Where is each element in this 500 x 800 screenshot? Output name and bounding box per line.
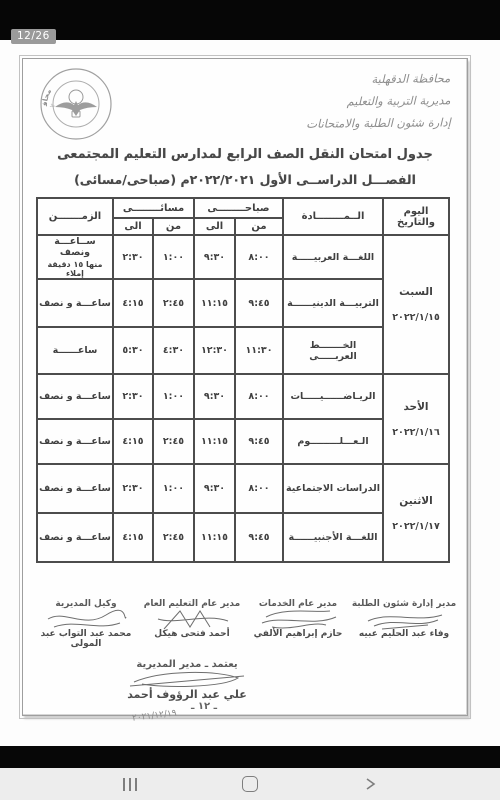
approval-name: علي عبد الرؤوف أحمد xyxy=(97,688,277,701)
page-number: ـ ١٢ ـ xyxy=(191,701,217,712)
back-button[interactable] xyxy=(358,772,382,796)
duration-cell: ساعـــة و نصف xyxy=(37,464,113,513)
time-cell: ٩:٤٥ xyxy=(235,279,283,327)
day-cell-monday: الاثنين ٢٠٢٢/١/١٧ xyxy=(383,464,449,562)
day-date: ٢٠٢٢/١/١٧ xyxy=(385,521,447,532)
page-indicator-badge: 12/26 xyxy=(11,29,56,44)
time-cell: ١:٠٠ xyxy=(153,464,194,513)
duration-cell: ساعـــة و نصف xyxy=(37,279,113,327)
table-row: الأحد ٢٠٢٢/١/١٦ الريـاضــــــيـــــات ٨:… xyxy=(37,374,449,419)
time-cell: ٢:٤٥ xyxy=(153,279,194,327)
time-cell: ١١:١٥ xyxy=(194,279,235,327)
exam-schedule-table: اليوم والتاريخ الــمــــــــادة صباحــــ… xyxy=(36,197,450,563)
time-cell: ٢:٤٥ xyxy=(153,513,194,562)
duration-cell: ساعـــة و نصف xyxy=(37,513,113,562)
signature-deputy: وكيل المديرية محمد عبد التواب عبد المولى xyxy=(33,599,139,649)
document-title: جدول امتحان النقل الصف الرابع لمدارس الت… xyxy=(23,147,467,162)
col-header-morning-from: من xyxy=(235,218,283,235)
duration-cell: ساعـــة و نصف xyxy=(37,374,113,419)
duration-cell: ساعـــة و نصف xyxy=(37,419,113,464)
table-row: الاثنين ٢٠٢٢/١/١٧ الدراسات الاجتماعية ٨:… xyxy=(37,464,449,513)
time-cell: ١١:٣٠ xyxy=(235,327,283,374)
time-cell: ٩:٣٠ xyxy=(194,464,235,513)
col-header-subject: الــمــــــــادة xyxy=(283,198,383,235)
day-name: السبت xyxy=(385,286,447,298)
approval-block: يعتمد ـ مدير المديرية علي عبد الرؤوف أحم… xyxy=(97,659,277,701)
signature-name: محمد عبد التواب عبد المولى xyxy=(33,629,139,649)
time-cell: ٢:٣٠ xyxy=(113,464,153,513)
time-cell: ١:٠٠ xyxy=(153,235,194,279)
day-date: ٢٠٢٢/١/١٦ xyxy=(385,427,447,438)
time-cell: ٨:٠٠ xyxy=(235,235,283,279)
android-nav-bar xyxy=(0,768,500,800)
duration-cell: ساعــــــة xyxy=(37,327,113,374)
col-header-evening: مسائــــــــى xyxy=(113,198,194,218)
signature-title: مدير عام الخدمات xyxy=(245,599,351,609)
org-line-directorate: مديرية التربية والتعليم xyxy=(306,90,451,113)
org-header: محافظة الدقهلية مديرية التربية والتعليم … xyxy=(306,68,451,135)
subject-cell: الدراسات الاجتماعية xyxy=(283,464,383,513)
time-cell: ٩:٣٠ xyxy=(194,374,235,419)
viewer-bottom-bar xyxy=(0,746,500,768)
document-subtitle: الفصـــل الدراســى الأول ٢٠٢٢/٢٠٢١م (صبا… xyxy=(23,172,467,187)
time-cell: ١:٠٠ xyxy=(153,374,194,419)
signature-name: أحمد فتحى هيكل xyxy=(139,629,245,639)
duration-note: منها ١٥ دقيقة إملاء xyxy=(39,260,111,278)
table-row: السبت ٢٠٢٢/١/١٥ اللغـــة العربيـــــة ٨:… xyxy=(37,235,449,279)
time-cell: ٤:١٥ xyxy=(113,419,153,464)
time-cell: ٢:٣٠ xyxy=(113,235,153,279)
signature-education-director: مدير عام التعليم العام أحمد فتحى هيكل xyxy=(139,599,245,649)
subject-cell: اللغـــة الأجنبيــــــة xyxy=(283,513,383,562)
official-stamp-icon: محافظة الدقهلية إدارة شئون الطلبة والامت… xyxy=(39,67,113,141)
time-cell: ٩:٤٥ xyxy=(235,419,283,464)
time-cell: ٢:٣٠ xyxy=(113,374,153,419)
signature-student-affairs: مدير إدارة شئون الطلبة وفاء عبد الحليم ع… xyxy=(351,599,457,649)
viewer-top-bar xyxy=(0,0,500,40)
subject-cell: الريـاضــــــيـــــات xyxy=(283,374,383,419)
subject-cell: الـعـــلـــــــــوم xyxy=(283,419,383,464)
time-cell: ٤:١٥ xyxy=(113,279,153,327)
time-cell: ٨:٠٠ xyxy=(235,464,283,513)
signature-services-director: مدير عام الخدمات حازم إبراهيم الألفي xyxy=(245,599,351,649)
day-date: ٢٠٢٢/١/١٥ xyxy=(385,312,447,323)
home-icon xyxy=(242,776,258,792)
day-name: الأحد xyxy=(385,401,447,413)
signatures-row: مدير إدارة شئون الطلبة وفاء عبد الحليم ع… xyxy=(23,599,467,649)
scanned-document: محافظة الدقهلية مديرية التربية والتعليم … xyxy=(22,58,468,716)
home-button[interactable] xyxy=(238,772,262,796)
time-cell: ١١:١٥ xyxy=(194,513,235,562)
org-line-governorate: محافظة الدقهلية xyxy=(306,68,451,91)
signature-title: مدير عام التعليم العام xyxy=(139,599,245,609)
col-header-morning-to: الى xyxy=(194,218,235,235)
col-header-morning: صباحــــــــى xyxy=(194,198,283,218)
eagle-emblem-icon xyxy=(55,90,97,117)
time-cell: ١٢:٣٠ xyxy=(194,327,235,374)
subject-cell: التربيـــة الدينيــــــة xyxy=(283,279,383,327)
signature-title: مدير إدارة شئون الطلبة xyxy=(351,599,457,609)
time-cell: ٩:٣٠ xyxy=(194,235,235,279)
day-name: الاثنين xyxy=(385,495,447,507)
col-header-day-date: اليوم والتاريخ xyxy=(383,198,449,235)
signature-name: وفاء عبد الحليم عبيه xyxy=(351,629,457,639)
subject-cell: اللغـــة العربيـــــة xyxy=(283,235,383,279)
duration-text: ســاعـــة ونصف xyxy=(39,236,111,258)
back-chevron-icon xyxy=(363,777,377,791)
time-cell: ٢:٤٥ xyxy=(153,419,194,464)
col-header-evening-to: الى xyxy=(113,218,153,235)
handwritten-date: ٢٠٢١/١٢/١٩ xyxy=(132,708,178,723)
day-cell-sunday: الأحد ٢٠٢٢/١/١٦ xyxy=(383,374,449,464)
time-cell: ٤:٣٠ xyxy=(153,327,194,374)
time-cell: ٨:٠٠ xyxy=(235,374,283,419)
time-cell: ٩:٤٥ xyxy=(235,513,283,562)
col-header-duration: الزمـــــــن xyxy=(37,198,113,235)
photo-area: محافظة الدقهلية مديرية التربية والتعليم … xyxy=(0,40,500,746)
recent-apps-icon xyxy=(123,778,137,791)
col-header-evening-from: من xyxy=(153,218,194,235)
time-cell: ٤:١٥ xyxy=(113,513,153,562)
recent-apps-button[interactable] xyxy=(118,772,142,796)
org-line-administration: إدارة شئون الطلبة والامتحانات xyxy=(307,112,452,135)
duration-cell: ســاعـــة ونصف منها ١٥ دقيقة إملاء xyxy=(37,235,113,279)
subject-cell: الخـــــــط العربـــــى xyxy=(283,327,383,374)
time-cell: ٥:٣٠ xyxy=(113,327,153,374)
signature-name: حازم إبراهيم الألفي xyxy=(245,629,351,639)
time-cell: ١١:١٥ xyxy=(194,419,235,464)
day-cell-saturday: السبت ٢٠٢٢/١/١٥ xyxy=(383,235,449,374)
